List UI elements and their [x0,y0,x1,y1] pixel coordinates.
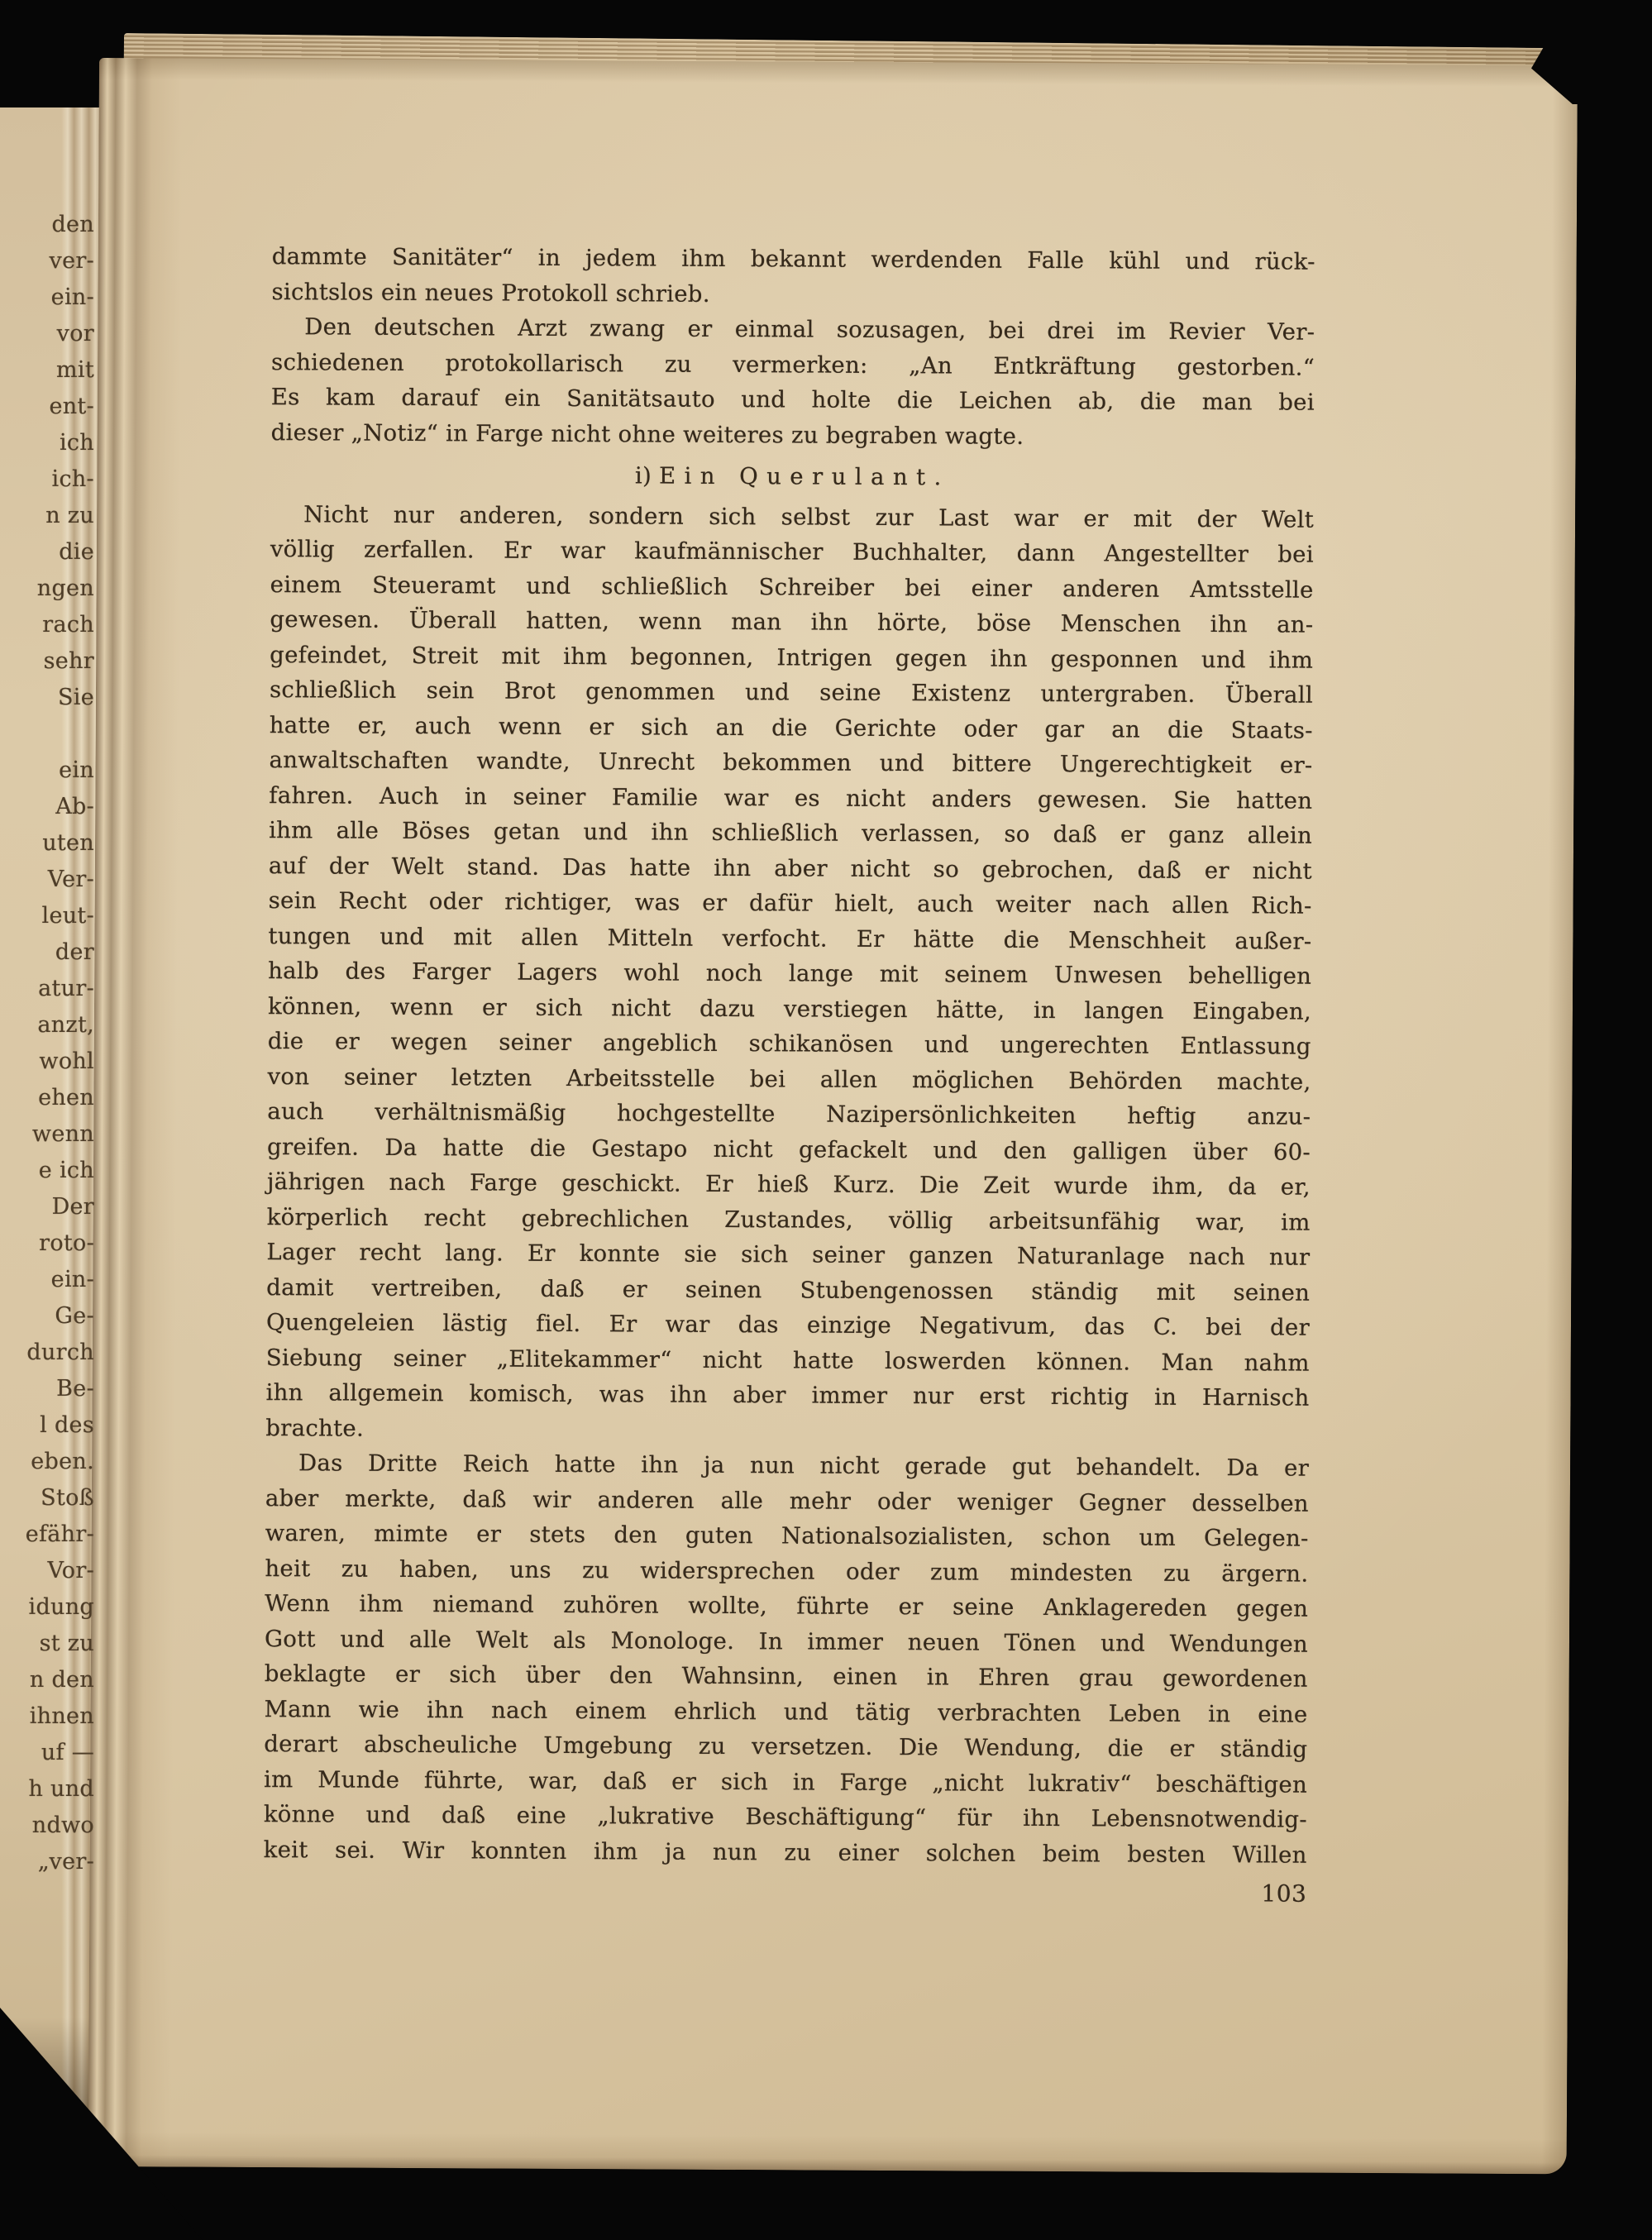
margin-fragment: eben. [0,1444,94,1480]
margin-fragment: ich- [0,461,94,498]
margin-fragment: ein [0,752,94,789]
page-number: 103 [263,1875,1306,1908]
margin-fragment: n zu [0,498,94,534]
margin-fragment: rach [0,607,94,643]
margin-fragment: e ich [0,1153,94,1189]
heading-prefix: i) [635,462,659,489]
heading-title: Ein Querulant. [659,463,950,491]
text-line: keit sei. Wir konnten ihm ja nun zu eine… [264,1832,1307,1873]
margin-fragment: wenn [0,1116,94,1153]
margin-fragment: der [0,934,94,971]
text-line: dammte Sanitäter“ in jedem ihm bekannt w… [272,239,1315,279]
margin-fragment: durch [0,1335,94,1371]
margin-fragment: mit [0,352,94,389]
margin-fragment: sehr [0,643,94,680]
text-line: jährigen nach Farge geschickt. Er hieß K… [267,1164,1311,1205]
text-line: im Munde führte, war, daß er sich in Far… [264,1762,1307,1803]
text-line: sein Recht oder richtiger, was er dafür … [269,883,1312,924]
text-line: anwaltschaften wandte, Unrecht bekommen … [269,743,1312,783]
text-line: halb des Farger Lagers wohl noch lange m… [268,953,1311,994]
text-line: greifen. Da hatte die Gestapo nicht gefa… [267,1130,1311,1170]
text-line: völlig zerfallen. Er war kaufmännischer … [270,532,1314,572]
margin-fragment [0,716,94,752]
margin-fragment: roto- [0,1225,94,1262]
margin-fragment: st zu [0,1626,94,1662]
text-line: einem Steueramt und schließlich Schreibe… [270,567,1314,608]
text-line: Nicht nur anderen, sondern sich selbst z… [270,497,1314,537]
margin-fragment: uten [0,825,94,862]
margin-fragment: uf — [0,1735,94,1771]
margin-fragment: ein- [0,279,94,316]
text-line: fahren. Auch in seiner Familie war es ni… [269,778,1312,819]
section-heading: i) Ein Querulant. [270,456,1314,497]
book-photo: denver-ein-vormitent-ichich-n zudiengenr… [0,0,1652,2240]
margin-fragment: anzt, [0,1007,94,1044]
text-line: ihm alle Böses getan und ihn schließlich… [269,813,1312,853]
margin-fragment: Der [0,1189,94,1225]
text-line: Quengeleien lästig fiel. Er war das einz… [266,1305,1310,1345]
text-line: Siebung seiner „Elitekammer“ nicht hatte… [266,1340,1310,1381]
margin-fragment: n den [0,1662,94,1698]
margin-fragment: ehen [0,1080,94,1116]
margin-fragment: ein- [0,1262,94,1298]
text-line: schiedenen protokollarisch zu vermerken:… [271,345,1315,385]
text-line: könne und daß eine „lukrative Beschäftig… [264,1797,1307,1837]
text-line: hatte er, auch wenn er sich an die Geric… [270,708,1313,748]
text-line: schließlich sein Brot genommen und seine… [270,672,1313,713]
text-block: dammte Sanitäter“ in jedem ihm bekannt w… [264,239,1315,1873]
text-line: waren, mimte er stets den guten National… [265,1516,1309,1556]
margin-fragment: Stoß [0,1480,94,1516]
margin-fragment: Vor- [0,1553,94,1589]
facing-page-fragments: denver-ein-vormitent-ichich-n zudiengenr… [0,207,94,1880]
text-line: aber merkte, daß wir anderen alle mehr o… [265,1481,1309,1521]
text-line: Gott und alle Welt als Monologe. In imme… [265,1621,1308,1662]
text-line: auch verhältnismäßig hochgestellte Nazip… [267,1094,1311,1134]
margin-fragment: h und [0,1771,94,1808]
text-line: gefeindet, Streit mit ihm begonnen, Intr… [270,638,1313,678]
margin-fragment: ndwo [0,1808,94,1844]
text-line: tungen und mit allen Mitteln verfocht. E… [268,919,1311,959]
margin-fragment: „ver- [0,1844,94,1880]
text-line: sichtslos ein neues Protokoll schrieb. [271,275,1315,315]
text-line: derart abscheuliche Umgebung zu versetze… [264,1727,1307,1767]
margin-fragment: efähr- [0,1516,94,1553]
text-line: damit vertreiben, daß er seinen Stubenge… [266,1270,1310,1311]
text-line: Es kam darauf ein Sanitätsauto und holte… [271,380,1315,420]
text-line: Das Dritte Reich hatte ihn ja nun nicht … [265,1445,1309,1486]
margin-fragment: Sie [0,680,94,716]
text-line: die er wegen seiner angeblich schikanöse… [268,1024,1311,1064]
text-line: Wenn ihm niemand zuhören wollte, führte … [265,1586,1308,1626]
text-line: körperlich recht gebrechlichen Zustandes… [267,1200,1311,1240]
text-line: ihn allgemein komisch, was ihn aber imme… [265,1375,1309,1416]
margin-fragment: ngen [0,571,94,607]
margin-fragment: vor [0,316,94,352]
text-line: dieser „Notiz“ in Farge nicht ohne weite… [271,415,1315,456]
margin-fragment: leut- [0,898,94,934]
margin-fragment: ver- [0,243,94,279]
text-line: beklagte er sich über den Wahnsinn, eine… [265,1656,1308,1697]
margin-fragment: ihnen [0,1698,94,1735]
margin-fragment: Be- [0,1371,94,1407]
margin-fragment: ent- [0,389,94,425]
text-line: Lager recht lang. Er konnte sie sich sei… [266,1235,1310,1275]
text-line: Mann wie ihn nach einem ehrlich und täti… [264,1692,1307,1732]
text-line: gewesen. Überall hatten, wenn man ihn hö… [270,602,1313,642]
margin-fragment: Ver- [0,862,94,898]
text-line: können, wenn er sich nicht dazu verstieg… [268,989,1311,1029]
margin-fragment: idung [0,1589,94,1626]
text-line: brachte. [265,1411,1309,1451]
text-line: Den deutschen Arzt zwang er einmal sozus… [271,309,1315,350]
margin-fragment: atur- [0,971,94,1007]
margin-fragment: l des [0,1407,94,1444]
margin-fragment: ich [0,425,94,461]
book-page: dammte Sanitäter“ in jedem ihm bekannt w… [88,58,1578,2174]
margin-fragment: wohl [0,1044,94,1080]
margin-fragment: Ge- [0,1298,94,1335]
text-line: von seiner letzten Arbeitsstelle bei all… [267,1059,1311,1100]
margin-fragment: die [0,534,94,571]
text-line: auf der Welt stand. Das hatte ihn aber n… [269,848,1312,889]
margin-fragment: Ab- [0,789,94,825]
text-line: heit zu haben, uns zu widersprechen oder… [265,1551,1308,1592]
margin-fragment: den [0,207,94,243]
